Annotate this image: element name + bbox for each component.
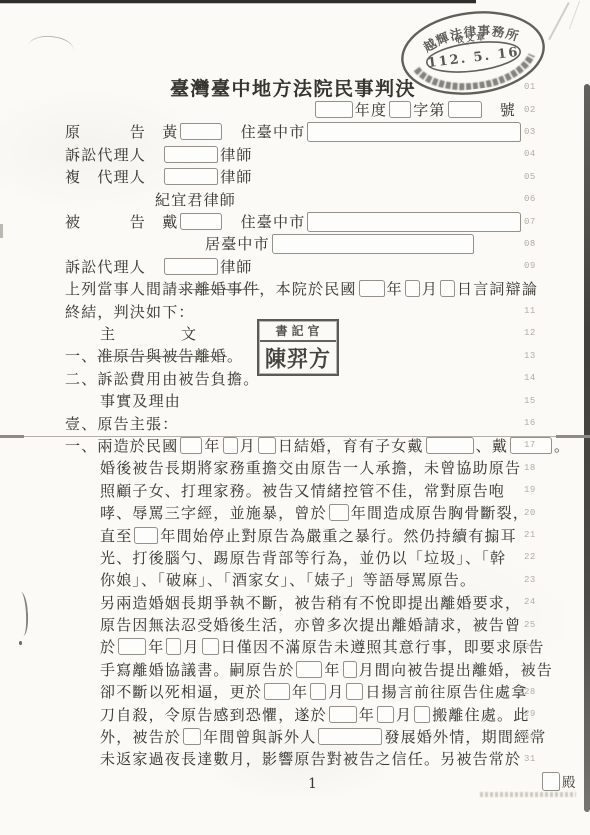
redaction-box: [183, 728, 201, 745]
document-line: 直至年間始停止對原告為嚴重之暴行。然仍持續有搧耳21: [0, 524, 590, 546]
line-number: 21: [524, 530, 536, 540]
clerk-stamp-title: 書記官: [260, 322, 336, 342]
redaction-box: [448, 101, 482, 118]
line-text: 年: [324, 659, 340, 680]
line-text: 另兩造婚姻長期爭執不斷，被告稍有不悅即提出離婚要求，: [100, 592, 521, 613]
document-line: 被 告 戴 住臺中市07: [0, 210, 590, 232]
document-line: 於年月日僅因不滿原告未遵照其意行事，即要求原告26: [0, 636, 590, 658]
document-line: 婚後被告長期將家務重擔交由原告一人承擔，未曾協助原告18: [0, 457, 590, 479]
line-text: 訴訟代理人: [65, 256, 162, 277]
line-text: 二、訴訟費用由被告負擔。: [65, 368, 259, 389]
line-number: 07: [524, 217, 536, 227]
redaction-box: [414, 706, 430, 723]
line-text: 主 文: [100, 323, 197, 344]
line-text: 卻不斷以死相逼，更於: [100, 681, 262, 702]
redaction-box: [272, 234, 474, 254]
line-number: 04: [524, 149, 536, 159]
line-number: 22: [524, 552, 536, 562]
honorific-text: 殿: [562, 771, 577, 791]
line-text: 發展婚外情，期間經常: [384, 726, 546, 747]
line-text: 上列當事人間請: [65, 278, 178, 299]
line-number: 17: [524, 440, 536, 450]
line-text: 准原告與被告離婚: [97, 345, 227, 366]
line-text: 原告因無法忍受婚後生活，亦曾多次提出離婚請求，被告曾: [100, 614, 521, 635]
line-text: 外，被告於: [100, 726, 181, 747]
line-number: 30: [524, 732, 536, 742]
line-number: 31: [524, 754, 536, 764]
line-text: 事實及理由: [100, 390, 181, 411]
scan-artifact: [569, 1, 580, 30]
scan-artifact: [27, 34, 75, 64]
stamp-date-text: 112. 5. 16: [427, 45, 521, 71]
document-line: 一、兩造於民國年月日結婚，育有子女戴、戴。17: [0, 434, 590, 456]
redaction-box: [223, 437, 238, 454]
line-text: 年: [148, 636, 164, 657]
line-number: 16: [524, 418, 536, 428]
document-line: 你娘」、「破麻」、「酒家女」、「婊子」等語辱罵原告。23: [0, 569, 590, 591]
line-number: 29: [524, 709, 536, 719]
clerk-stamp-name: 陳羿方: [260, 341, 336, 374]
document-line: 刀自殺，令原告感到恐懼，遂於年月搬離住處。此29: [0, 703, 590, 725]
footer-code-smear: [480, 792, 576, 797]
honorific-line: 殿: [540, 771, 577, 791]
line-text: 月: [328, 681, 344, 702]
document-line: 原告因無法忍受婚後生活，亦曾多次提出離婚請求，被告曾25: [0, 613, 590, 635]
line-text: 被 告 戴: [65, 211, 178, 232]
line-text: 月: [183, 636, 199, 657]
line-text: ，本院於民國: [259, 278, 356, 299]
document-line: 原 告 黃 住臺中市03: [0, 121, 590, 143]
line-number: 06: [524, 194, 536, 204]
document-line: 外，被告於年間曾與訴外人發展婚外情，期間經常30: [0, 725, 590, 747]
line-text: 臺灣臺中地方法院民事判決: [170, 74, 416, 101]
clerk-stamp: 書記官 陳羿方: [257, 319, 339, 376]
line-text: 月: [396, 704, 412, 725]
redaction-box: [405, 280, 420, 297]
redaction-box: [542, 772, 560, 791]
redaction-box: [440, 280, 455, 297]
document-line: 另兩造婚姻長期爭執不斷，被告稍有不悅即提出離婚要求，24: [0, 591, 590, 613]
line-number: 09: [524, 261, 536, 271]
redaction-box: [134, 527, 158, 544]
redaction-box: [359, 280, 385, 297]
scanned-judgment-page: 越輝法律事務所 收文章 112. 5. 16 書記官 陳羿方 臺灣臺中地方法院民…: [0, 0, 590, 835]
redaction-box: [264, 683, 290, 700]
line-text: 律師: [220, 166, 252, 187]
line-text: 月: [422, 278, 438, 299]
line-text: 住臺中市: [224, 121, 305, 142]
document-line: 卻不斷以死相逼，更於年月日揚言前往原告住處拿28: [0, 681, 590, 703]
redaction-box: [296, 661, 322, 678]
line-text: 號: [484, 99, 516, 120]
document-line: 手寫離婚協議書。嗣原告於年月間向被告提出離婚，被告27: [0, 658, 590, 680]
law-firm-receipt-stamp: 越輝法律事務所 收文章 112. 5. 16: [392, 1, 553, 105]
document-line: 光、打後腦勺、踢原告背部等行為，並仍以「垃圾」、「幹22: [0, 546, 590, 568]
document-line: 訴訟代理人 律師09: [0, 255, 590, 277]
redaction-box: [343, 661, 357, 678]
document-line: 事實及理由15: [0, 389, 590, 411]
redaction-box: [258, 437, 276, 454]
line-number: 14: [524, 373, 536, 383]
line-text: 年: [204, 435, 220, 456]
line-text: 終結，判決如下：: [65, 301, 195, 322]
line-text: 原 告 黃: [65, 121, 178, 142]
redaction-box: [180, 213, 222, 230]
redaction-box: [118, 638, 146, 655]
scan-artifact: [548, 2, 569, 40]
line-text: 照顧子女、打理家務。被告又情緒控管不佳，常對原告咆: [100, 480, 505, 501]
redaction-box: [307, 212, 521, 232]
redaction-box: [307, 122, 521, 142]
redaction-box: [202, 638, 219, 655]
line-number: 08: [524, 239, 536, 249]
document-line: 訴訟代理人 律師04: [0, 143, 590, 165]
line-number: 24: [524, 597, 536, 607]
document-line: 照顧子女、打理家務。被告又情緒控管不佳，常對原告咆19: [0, 479, 590, 501]
line-text: 未返家過夜長達數月，影響原告對被告之信任。另被告常於: [100, 748, 521, 769]
redaction-box: [166, 638, 181, 655]
document-line: 未返家過夜長達數月，影響原告對被告之信任。另被告常於31: [0, 748, 590, 770]
redaction-box: [346, 683, 363, 700]
line-text: 年: [359, 704, 375, 725]
line-number: 26: [524, 642, 536, 652]
line-number: 05: [524, 172, 536, 182]
redaction-box: [315, 101, 353, 118]
line-text: 居臺中市: [205, 233, 270, 254]
line-text: 求離婚事件: [178, 278, 259, 299]
redaction-box: [426, 437, 474, 454]
document-line: 壹、原告主張：16: [0, 412, 590, 434]
line-number: 20: [524, 508, 536, 518]
line-text: 手寫離婚協議書。嗣原告於: [100, 659, 294, 680]
line-text: 年度: [355, 99, 387, 120]
line-text: 光、打後腦勺、踢原告背部等行為，並仍以「垃圾」、「幹: [100, 547, 506, 568]
line-text: 年間始停止對原告為嚴重之暴行。然仍持續有搧耳: [160, 525, 516, 546]
line-number: 03: [524, 127, 536, 137]
line-number: 11: [524, 306, 536, 316]
line-text: 婚後被告長期將家務重擔交由原告一人承擔，未曾協助原告: [100, 457, 521, 478]
redaction-box: [329, 504, 349, 521]
line-text: 。: [227, 345, 243, 366]
line-text: 住臺中市: [224, 211, 305, 232]
line-text: 日僅因不滿原告未遵照其意行事，即要求原告: [221, 636, 545, 657]
document-line: 上列當事人間請求離婚事件，本院於民國年月日言詞辯論10: [0, 278, 590, 300]
line-number: 15: [524, 396, 536, 406]
redaction-box: [180, 437, 202, 454]
line-text: 一、: [65, 345, 97, 366]
line-text: 律師: [220, 256, 252, 277]
line-number: 12: [524, 328, 536, 338]
line-number: 02: [524, 105, 536, 115]
line-text: 直至: [100, 525, 132, 546]
line-number: 10: [524, 284, 536, 294]
line-number: 18: [524, 463, 536, 473]
redaction-box: [318, 728, 382, 745]
redaction-box: [164, 258, 218, 275]
line-text: 你娘」、「破麻」、「酒家女」、「婊子」等語辱罵原告。: [100, 569, 476, 590]
line-number: 28: [524, 687, 536, 697]
document-line: 居臺中市08: [0, 233, 590, 255]
line-text: 。: [554, 435, 570, 456]
redaction-box: [310, 683, 326, 700]
redaction-box: [329, 706, 357, 723]
redaction-box: [180, 123, 222, 140]
redaction-box: [377, 706, 394, 723]
line-text: 複 代理人: [65, 166, 162, 187]
line-number: 27: [524, 664, 536, 674]
line-text: 哮、辱罵三字經，並施暴，曾於: [100, 502, 327, 523]
line-number: 25: [524, 620, 536, 630]
line-number: 23: [524, 575, 536, 585]
line-text: 、戴: [476, 435, 508, 456]
line-text: 一、兩造於民國: [65, 435, 178, 456]
document-line: 年度字第 號02: [0, 98, 590, 120]
line-text: 年間曾與訴外人: [203, 726, 316, 747]
line-number: 19: [524, 485, 536, 495]
document-line: 哮、辱罵三字經，並施暴，曾於年間造成原告胸骨斷裂，20: [0, 501, 590, 523]
redaction-box: [164, 168, 218, 185]
document-line: 複 代理人 律師05: [0, 166, 590, 188]
document-body: 臺灣臺中地方法院民事判決01年度字第 號02原 告 黃 住臺中市03訴訟代理人 …: [0, 76, 590, 770]
line-text: 月: [240, 435, 256, 456]
line-text: 年間造成原告胸骨斷裂，: [351, 502, 529, 523]
scan-artifact: [0, 3, 476, 4]
line-text: 搬離住處。此: [432, 704, 529, 725]
line-text: 紀宜君律師: [155, 189, 236, 210]
line-text: 訴訟代理人: [65, 144, 162, 165]
line-text: 日結婚，育有子女戴: [278, 435, 424, 456]
page-number: 1: [308, 776, 317, 792]
redaction-box: [164, 146, 218, 163]
line-text: 於: [100, 636, 116, 657]
line-number: 13: [524, 351, 536, 361]
line-text: 刀自殺，令原告感到恐懼，遂於: [100, 704, 327, 725]
document-line: 紀宜君律師06: [0, 188, 590, 210]
line-text: 年: [387, 278, 403, 299]
line-text: 壹、原告主張：: [65, 413, 178, 434]
line-text: 年: [292, 681, 308, 702]
line-text: 律師: [220, 144, 252, 165]
line-text: 日揚言前往原告住處拿: [365, 681, 527, 702]
